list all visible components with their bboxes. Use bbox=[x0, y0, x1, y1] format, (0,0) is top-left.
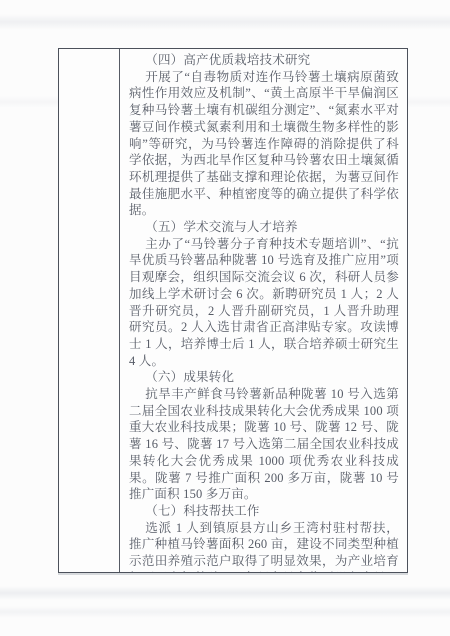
table-content-cell: （四）高产优质栽培技术研究 开展了“自毒物质对连作马铃薯土壤病原菌致病性作用效应… bbox=[120, 49, 407, 572]
scan-streak bbox=[0, 14, 450, 30]
scan-streak bbox=[0, 606, 450, 618]
section-5: （五）学术交流与人才培养 主办了“马铃薯分子育种技术专题培训”、“抗旱优质马铃薯… bbox=[129, 219, 399, 369]
section-5-heading: （五）学术交流与人才培养 bbox=[129, 219, 399, 236]
section-4: （四）高产优质栽培技术研究 开展了“自毒物质对连作马铃薯土壤病原菌致病性作用效应… bbox=[129, 52, 399, 219]
section-6-paragraph: 抗旱丰产鲜食马铃薯新品种陇薯 10 号入选第二届全国农业科技成果转化大会优秀成果… bbox=[129, 386, 399, 503]
section-4-paragraph: 开展了“自毒物质对连作马铃薯土壤病原菌致病性作用效应及机制”、“黄土高原半干旱偏… bbox=[129, 69, 399, 219]
section-4-heading: （四）高产优质栽培技术研究 bbox=[129, 52, 399, 69]
table-label-cell-empty bbox=[59, 49, 120, 572]
section-6: （六）成果转化 抗旱丰产鲜食马铃薯新品种陇薯 10 号入选第二届全国农业科技成果… bbox=[129, 369, 399, 503]
scanned-document-page: { "page": { "background_color": "#fcfcfc… bbox=[0, 0, 450, 636]
scan-streak bbox=[0, 586, 450, 600]
section-7-paragraph: 选派 1 人到镇原县方山乡王湾村驻村帮扶，推广种植马铃薯面积 260 亩，建设不… bbox=[129, 520, 399, 572]
section-5-paragraph: 主办了“马铃薯分子育种技术专题培训”、“抗旱优质马铃薯品种陇薯 10 号选育及推… bbox=[129, 236, 399, 370]
section-6-heading: （六）成果转化 bbox=[129, 369, 399, 386]
section-7: （七）科技帮扶工作 选派 1 人到镇原县方山乡王湾村驻村帮扶，推广种植马铃薯面积… bbox=[129, 503, 399, 572]
section-7-heading: （七）科技帮扶工作 bbox=[129, 503, 399, 520]
report-table: （四）高产优质栽培技术研究 开展了“自毒物质对连作马铃薯土壤病原菌致病性作用效应… bbox=[58, 48, 408, 573]
